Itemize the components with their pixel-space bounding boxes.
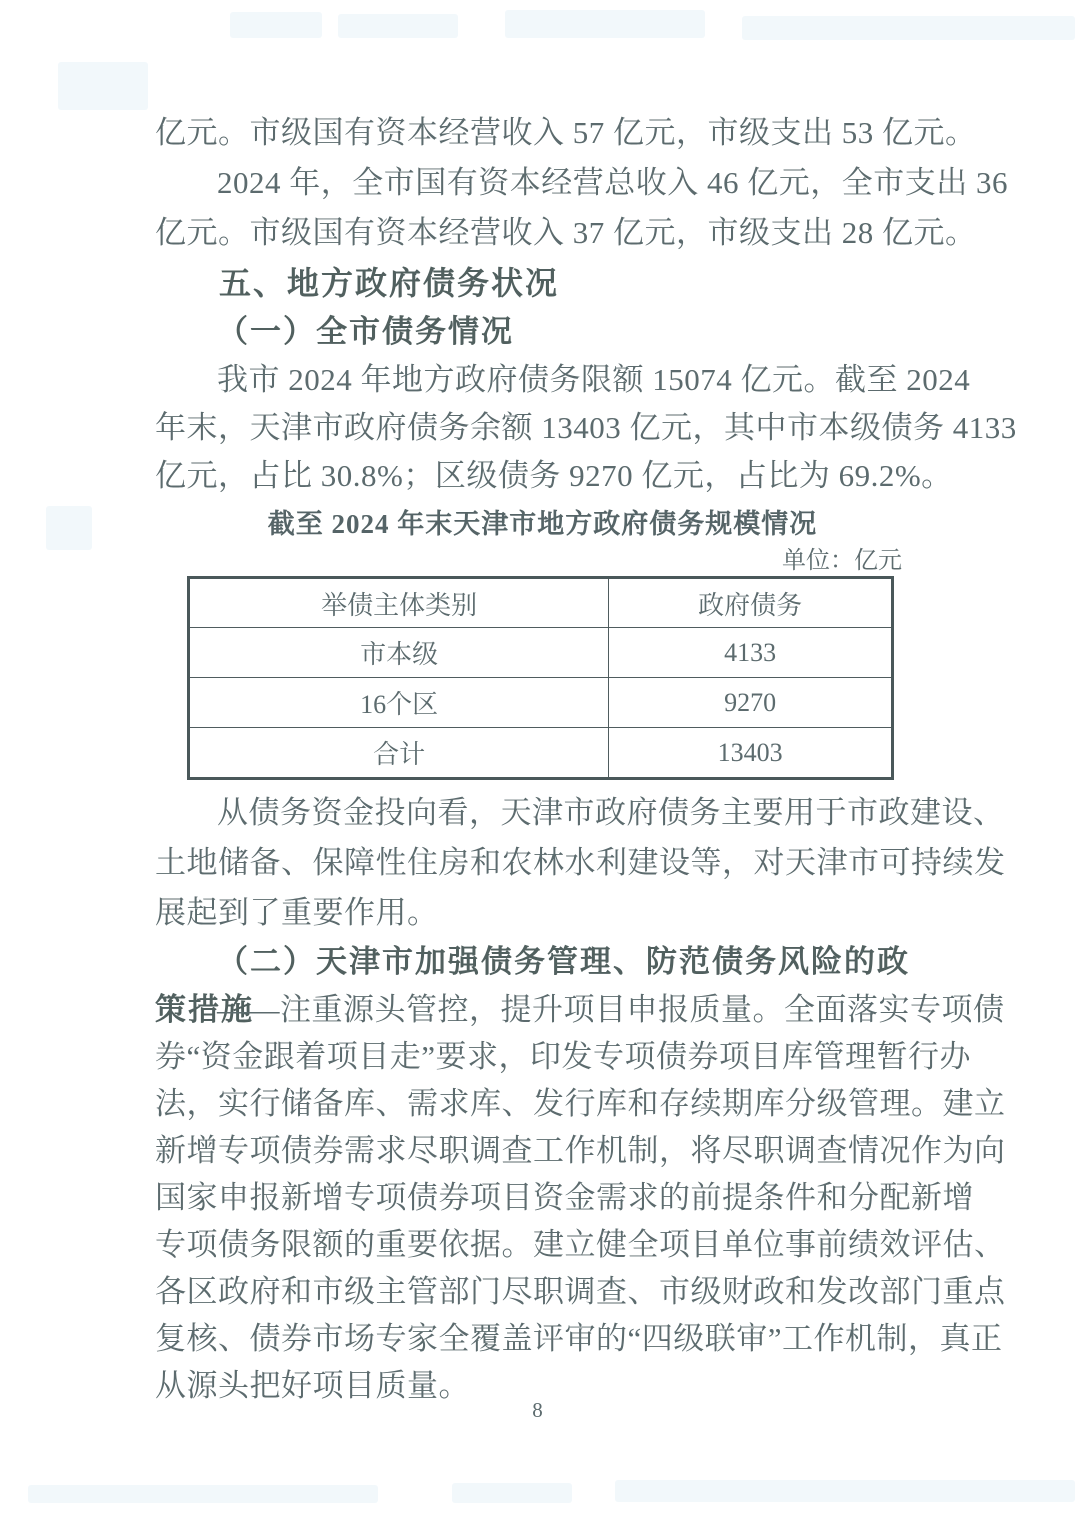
paragraph-policy: ——注重源头管控，提升项目申报质量。全面落实专项债券“资金跟着项目走”要求，印发… <box>155 986 930 1409</box>
text-line: 国家申报新增专项债券项目资金需求的前提条件和分配新增 <box>155 1174 930 1221</box>
table-caption: 截至 2024 年末天津市地方政府债务规模情况 <box>155 504 930 544</box>
table-row: 市本级4133 <box>189 628 893 678</box>
text-line: 法，实行储备库、需求库、发行库和存续期库分级管理。建立 <box>155 1080 930 1127</box>
heading-sub-2: （二）天津市加强债务管理、防范债务风险的政策措施 <box>155 938 930 986</box>
paragraph-state-capital: 亿元。市级国有资本经营收入 57 亿元，市级支出 53 亿元。2024 年，全市… <box>155 108 930 258</box>
text-line: 亿元。市级国有资本经营收入 57 亿元，市级支出 53 亿元。 <box>155 108 930 158</box>
paragraph-debt-overview: 我市 2024 年地方政府债务限额 15074 亿元。截至 2024年末，天津市… <box>155 356 930 500</box>
table-unit-label: 单位：亿元 <box>155 546 930 576</box>
table-cell: 市本级 <box>189 628 609 678</box>
scan-artifact <box>28 1485 378 1503</box>
table-cell: 4133 <box>609 628 893 678</box>
debt-table: 举债主体类别 政府债务 市本级413316个区9270合计13403 <box>187 576 894 780</box>
scan-artifact <box>615 1480 1075 1502</box>
document-page: 亿元。市级国有资本经营收入 57 亿元，市级支出 53 亿元。2024 年，全市… <box>0 0 1075 1521</box>
table-header-row: 举债主体类别 政府债务 <box>189 578 893 628</box>
page-number: 8 <box>0 1398 1075 1423</box>
table-cell: 13403 <box>609 728 893 779</box>
text-line: 从债务资金投向看，天津市政府债务主要用于市政建设、 <box>155 788 930 838</box>
heading-section-5: 五、地方政府债务状况 <box>155 258 930 308</box>
text-line: ——注重源头管控，提升项目申报质量。全面落实专项债 <box>155 986 930 1033</box>
text-line: 新增专项债券需求尽职调查工作机制，将尽职调查情况作为向 <box>155 1127 930 1174</box>
table-header-cell: 举债主体类别 <box>189 578 609 628</box>
heading-sub-1: （一）全市债务情况 <box>155 308 930 356</box>
text-line: 券“资金跟着项目走”要求，印发专项债券项目库管理暂行办 <box>155 1033 930 1080</box>
text-line: 年末，天津市政府债务余额 13403 亿元，其中市本级债务 4133 <box>155 404 930 452</box>
text-line: 专项债务限额的重要依据。建立健全项目单位事前绩效评估、 <box>155 1221 930 1268</box>
text-line: 我市 2024 年地方政府债务限额 15074 亿元。截至 2024 <box>155 356 930 404</box>
table-cell: 9270 <box>609 678 893 728</box>
table-header-cell: 政府债务 <box>609 578 893 628</box>
text-line: 2024 年，全市国有资本经营总收入 46 亿元，全市支出 36 <box>155 158 930 208</box>
table-row: 合计13403 <box>189 728 893 779</box>
text-line: 土地储备、保障性住房和农林水利建设等，对天津市可持续发 <box>155 838 930 888</box>
text-line: 复核、债券市场专家全覆盖评审的“四级联审”工作机制，真正 <box>155 1315 930 1362</box>
table-cell: 合计 <box>189 728 609 779</box>
text-line: 亿元，占比 30.8%；区级债务 9270 亿元，占比为 69.2%。 <box>155 452 930 500</box>
text-line: 亿元。市级国有资本经营收入 37 亿元，市级支出 28 亿元。 <box>155 208 930 258</box>
paragraph-debt-usage: 从债务资金投向看，天津市政府债务主要用于市政建设、土地储备、保障性住房和农林水利… <box>155 788 930 938</box>
table-row: 16个区9270 <box>189 678 893 728</box>
text-line: 各区政府和市级主管部门尽职调查、市级财政和发改部门重点 <box>155 1268 930 1315</box>
text-line: 展起到了重要作用。 <box>155 888 930 938</box>
page-content: 亿元。市级国有资本经营收入 57 亿元，市级支出 53 亿元。2024 年，全市… <box>0 0 1075 1409</box>
debt-table-body: 市本级413316个区9270合计13403 <box>189 628 893 779</box>
scan-artifact <box>452 1483 572 1503</box>
table-cell: 16个区 <box>189 678 609 728</box>
